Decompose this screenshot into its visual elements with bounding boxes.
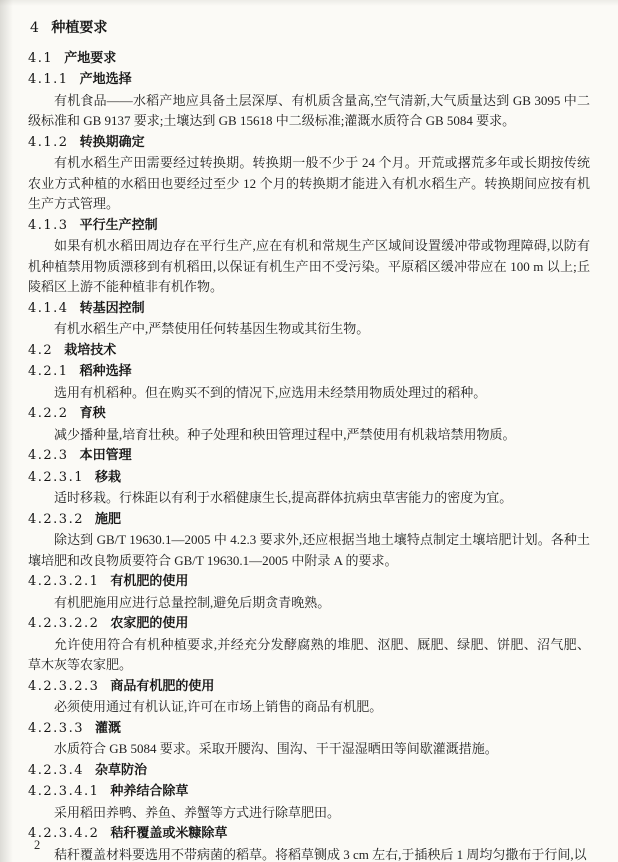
para-4-2-3-2: 除达到 GB/T 19630.1—2005 中 4.2.3 要求外,还应根据当地… <box>28 530 590 571</box>
heading-4-2-3-3: 4.2.3.3灌溉 <box>28 718 590 740</box>
clause-title: 育秧 <box>80 405 106 420</box>
heading-4-2-3-2-3: 4.2.3.2.3商品有机肥的使用 <box>28 676 590 698</box>
clause-number: 4.2.1 <box>28 364 69 379</box>
para-4-2-2: 减少播种量,培育壮秧。种子处理和秧田管理过程中,严禁使用有机栽培禁用物质。 <box>28 425 590 446</box>
clause-number: 4.1.2 <box>28 135 69 150</box>
clause-number: 4 <box>30 20 40 36</box>
clause-number: 4.2.3.4 <box>28 763 84 778</box>
para-4-2-3-4-1: 采用稻田养鸭、养鱼、养蟹等方式进行除草肥田。 <box>28 803 590 824</box>
para-4-2-3-1: 适时移栽。行株距以有利于水稻健康生长,提高群体抗病虫草害能力的密度为宜。 <box>28 488 590 509</box>
clause-number: 4.2.3.2.1 <box>28 574 99 589</box>
heading-4-1-1: 4.1.1产地选择 <box>28 69 590 91</box>
para-4-2-1: 选用有机稻种。但在购买不到的情况下,应选用未经禁用物质处理过的稻种。 <box>28 383 590 404</box>
heading-4-2-3-4-1: 4.2.3.4.1种养结合除草 <box>28 781 590 803</box>
clause-title: 转换期确定 <box>80 134 145 149</box>
para-4-1-1: 有机食品——水稻产地应具备土层深厚、有机质含量高,空气清新,大气质量达到 GB … <box>28 91 590 132</box>
clause-title: 商品有机肥的使用 <box>110 678 214 693</box>
para-4-1-2: 有机水稻生产田需要经过转换期。转换期一般不少于 24 个月。开荒或撂荒多年或长期… <box>28 153 590 215</box>
clause-number: 4.1.1 <box>28 72 69 87</box>
clause-title: 栽培技术 <box>64 342 116 357</box>
heading-4-2-3-1: 4.2.3.1移栽 <box>28 467 590 489</box>
heading-4: 4种植要求 <box>28 17 590 39</box>
para-4-2-3-4-2: 秸秆覆盖材料要选用不带病菌的稻草。将稻草铡成 3 cm 左右,于插秧后 1 周均… <box>28 845 590 862</box>
clause-number: 4.2 <box>28 343 53 358</box>
clause-title: 灌溉 <box>95 720 121 735</box>
clause-title: 本田管理 <box>80 447 132 462</box>
clause-number: 4.2.3 <box>28 448 69 463</box>
para-4-2-3-2-2: 允许使用符合有机种植要求,并经充分发酵腐熟的堆肥、沤肥、厩肥、绿肥、饼肥、沼气肥… <box>28 635 590 676</box>
clause-title: 转基因控制 <box>80 300 145 315</box>
para-4-2-3-2-3: 必须使用通过有机认证,许可在市场上销售的商品有机肥。 <box>28 697 590 718</box>
clause-title: 平行生产控制 <box>80 217 158 232</box>
clause-title: 产地选择 <box>80 71 132 86</box>
clause-title: 产地要求 <box>64 50 116 65</box>
heading-4-2-1: 4.2.1稻种选择 <box>28 361 590 383</box>
clause-number: 4.2.3.2 <box>28 512 84 527</box>
heading-4-2-3-2-1: 4.2.3.2.1有机肥的使用 <box>28 571 590 593</box>
heading-4-2: 4.2栽培技术 <box>28 340 590 362</box>
heading-4-1-2: 4.1.2转换期确定 <box>28 132 590 154</box>
heading-4-2-3-4-2: 4.2.3.4.2秸秆覆盖或米糠除草 <box>28 823 590 845</box>
heading-4-2-3-2: 4.2.3.2施肥 <box>28 509 590 531</box>
para-4-2-3-2-1: 有机肥施用应进行总量控制,避免后期贪青晚熟。 <box>28 593 590 614</box>
clause-number: 4.2.3.1 <box>28 470 84 485</box>
scanned-document-page: 4种植要求 4.1产地要求 4.1.1产地选择 有机食品——水稻产地应具备土层深… <box>0 0 618 862</box>
clause-title: 有机肥的使用 <box>110 573 188 588</box>
clause-number: 4.1 <box>28 51 53 66</box>
clause-number: 4.2.3.4.1 <box>28 784 99 799</box>
clause-title: 杂草防治 <box>95 762 147 777</box>
heading-4-1-4: 4.1.4转基因控制 <box>28 298 590 320</box>
page-number: 2 <box>34 835 40 856</box>
para-4-1-4: 有机水稻生产中,严禁使用任何转基因生物或其衍生物。 <box>28 319 590 340</box>
para-4-1-3: 如果有机水稻田周边存在平行生产,应在有机和常规生产区域间设置缓冲带或物理障碍,以… <box>28 236 590 298</box>
heading-4-1: 4.1产地要求 <box>28 48 590 70</box>
clause-number: 4.2.2 <box>28 406 69 421</box>
clause-title: 施肥 <box>95 511 121 526</box>
heading-4-2-3-4: 4.2.3.4杂草防治 <box>28 760 590 782</box>
para-4-2-3-3: 水质符合 GB 5084 要求。采取开腰沟、围沟、干干湿湿晒田等间歇灌溉措施。 <box>28 739 590 760</box>
clause-number: 4.1.3 <box>28 218 69 233</box>
clause-number: 4.2.3.2.3 <box>28 679 99 694</box>
clause-title: 农家肥的使用 <box>110 615 188 630</box>
clause-title: 秸秆覆盖或米糠除草 <box>110 825 227 840</box>
heading-4-1-3: 4.1.3平行生产控制 <box>28 215 590 237</box>
clause-title: 种植要求 <box>51 19 107 35</box>
clause-title: 稻种选择 <box>80 363 132 378</box>
heading-4-2-3-2-2: 4.2.3.2.2农家肥的使用 <box>28 613 590 635</box>
clause-number: 4.2.3.3 <box>28 721 84 736</box>
clause-number: 4.2.3.2.2 <box>28 616 99 631</box>
clause-title: 移栽 <box>95 469 121 484</box>
clause-title: 种养结合除草 <box>110 783 188 798</box>
heading-4-2-3: 4.2.3本田管理 <box>28 445 590 467</box>
heading-4-2-2: 4.2.2育秧 <box>28 403 590 425</box>
clause-number: 4.1.4 <box>28 301 69 316</box>
